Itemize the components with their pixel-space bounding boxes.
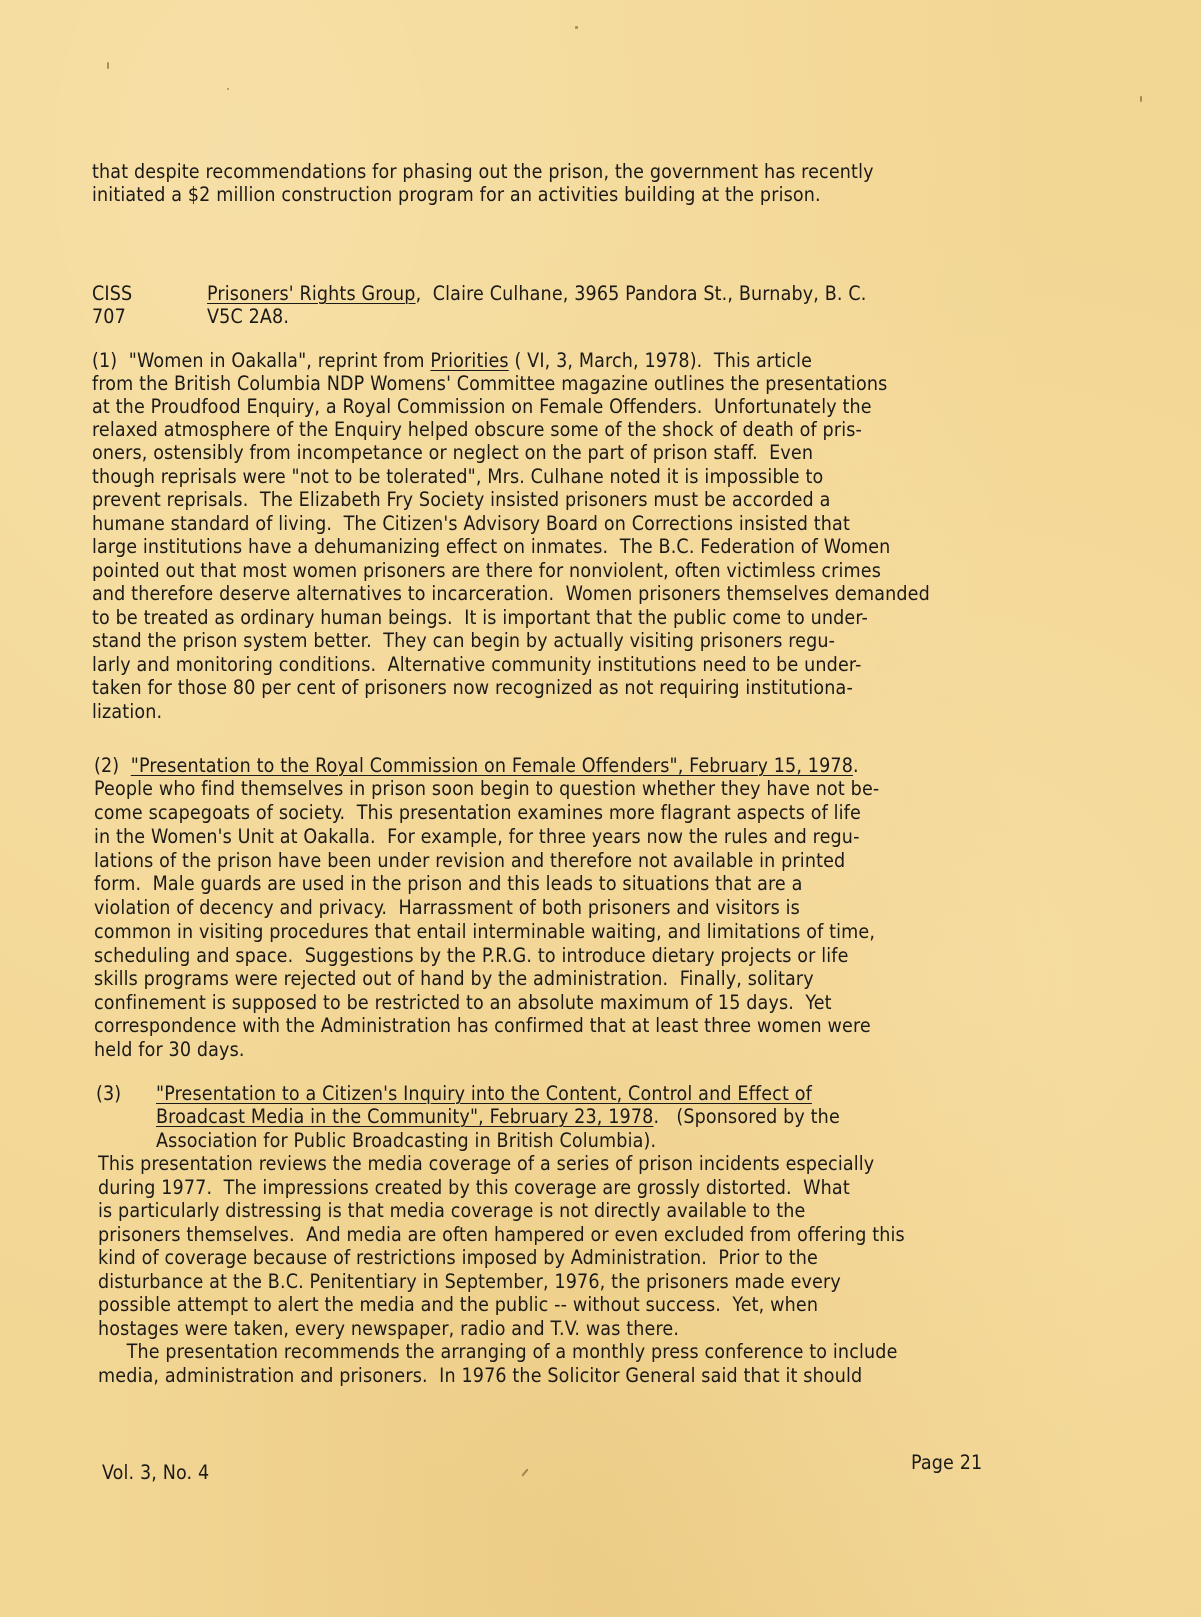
item-2-line: skills programs were rejected out of han… xyxy=(94,968,814,990)
item-3-line: This presentation reviews the media cove… xyxy=(98,1153,874,1175)
item-2-line: come scapegoats of society. This present… xyxy=(94,802,861,824)
item-1-line: large institutions have a dehumanizing e… xyxy=(92,536,890,558)
item-3-title-line-2: Broadcast Media in the Community", Febru… xyxy=(156,1106,840,1128)
item-1-line: though reprisals were "not to be tolerat… xyxy=(92,466,823,488)
entry-code-number: 707 xyxy=(92,306,126,328)
postal-code: V5C 2A8. xyxy=(207,306,289,328)
item-3-line: possible attempt to alert the media and … xyxy=(98,1294,818,1316)
item-3-title-line-1: "Presentation to a Citizen's Inquiry int… xyxy=(156,1083,812,1105)
item-2-line: common in visiting procedures that entai… xyxy=(94,921,875,943)
item-1-line: lization. xyxy=(92,701,162,723)
item-1-title: "Women in Oakalla", reprint from xyxy=(129,349,431,372)
item-1-line: relaxed atmosphere of the Enquiry helped… xyxy=(92,419,862,441)
item-2-line: held for 30 days. xyxy=(94,1039,245,1061)
paper-speck xyxy=(227,88,229,90)
organization-address: , Claire Culhane, 3965 Pandora St., Burn… xyxy=(416,282,867,305)
item-2-line: People who find themselves in prison soo… xyxy=(94,778,879,800)
paper-speck xyxy=(521,1468,528,1476)
item-1-number: (1) xyxy=(92,349,117,372)
item-1-citation: ( VI, 3, March, 1978). This article xyxy=(509,349,812,372)
item-1-heading: (1) "Women in Oakalla", reprint from Pri… xyxy=(92,350,812,372)
item-1-line: taken for those 80 per cent of prisoners… xyxy=(92,677,853,699)
item-2-line: confinement is supposed to be restricted… xyxy=(94,992,832,1014)
item-3-line: prisoners themselves. And media are ofte… xyxy=(98,1224,905,1246)
paper-speck xyxy=(1140,96,1142,102)
item-1-line: oners, ostensibly from incompetance or n… xyxy=(92,442,813,464)
item-3-line: during 1977. The impressions created by … xyxy=(98,1177,850,1199)
item-1-line: from the British Columbia NDP Womens' Co… xyxy=(92,373,887,395)
item-2-line: violation of decency and privacy. Harras… xyxy=(94,897,800,919)
item-3-para2-line: media, administration and prisoners. In … xyxy=(98,1365,862,1387)
item-3-sponsor-line: Association for Public Broadcasting in B… xyxy=(156,1130,656,1152)
item-2-line: lations of the prison have been under re… xyxy=(94,850,845,872)
item-2-title: "Presentation to the Royal Commission on… xyxy=(131,754,853,777)
item-1-line: humane standard of living. The Citizen's… xyxy=(92,513,850,535)
item-3-line: disturbance at the B.C. Penitentiary in … xyxy=(98,1271,841,1293)
item-1-line: to be treated as ordinary human beings. … xyxy=(92,607,868,629)
item-1-line: larly and monitoring conditions. Alterna… xyxy=(92,654,862,676)
item-1-line: and therefore deserve alternatives to in… xyxy=(92,583,930,605)
item-3-number: (3) xyxy=(96,1083,121,1105)
organization-name: Prisoners' Rights Group xyxy=(207,282,416,305)
intro-line-2: initiated a $2 million construction prog… xyxy=(92,184,821,206)
item-2-line: in the Women's Unit at Oakalla. For exam… xyxy=(94,826,860,848)
paper-speck xyxy=(575,26,578,29)
item-2-number: (2) xyxy=(94,754,119,777)
footer-page-number: Page 21 xyxy=(911,1452,982,1474)
item-3-line: kind of coverage because of restrictions… xyxy=(98,1247,818,1269)
item-3-line: is particularly distressing is that medi… xyxy=(98,1200,805,1222)
item-1-publication: Priorities xyxy=(430,349,508,372)
item-1-line: at the Proudfood Enquiry, a Royal Commis… xyxy=(92,396,872,418)
item-2-heading: (2) "Presentation to the Royal Commissio… xyxy=(94,755,859,777)
paper-speck xyxy=(107,62,109,69)
item-1-line: prevent reprisals. The Elizabeth Fry Soc… xyxy=(92,489,830,511)
intro-line-1: that despite recommendations for phasing… xyxy=(92,161,874,183)
item-3-para2-line: The presentation recommends the arrangin… xyxy=(98,1341,898,1363)
entry-organization: Prisoners' Rights Group, Claire Culhane,… xyxy=(207,283,866,305)
footer-volume: Vol. 3, No. 4 xyxy=(102,1462,209,1484)
item-1-line: pointed out that most women prisoners ar… xyxy=(92,560,881,582)
item-3-sponsor: . (Sponsored by the xyxy=(653,1105,839,1128)
item-2-line: scheduling and space. Suggestions by the… xyxy=(94,945,849,967)
item-1-line: stand the prison system better. They can… xyxy=(92,630,835,652)
entry-code-ciss: CISS xyxy=(92,283,132,305)
item-3-line: hostages were taken, every newspaper, ra… xyxy=(98,1318,679,1340)
item-2-line: form. Male guards are used in the prison… xyxy=(94,873,802,895)
item-2-line: correspondence with the Administration h… xyxy=(94,1015,871,1037)
